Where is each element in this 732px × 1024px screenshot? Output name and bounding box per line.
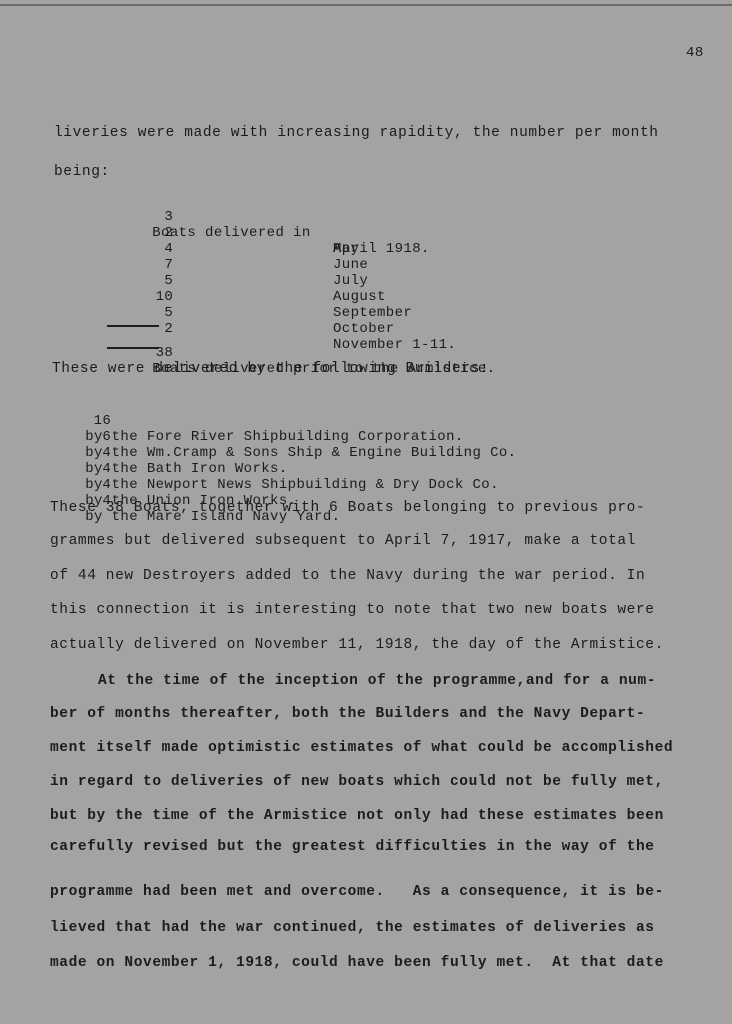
delivery-month: May: [333, 241, 359, 257]
paragraph-line: in regard to deliveries of new boats whi…: [50, 774, 664, 790]
paragraph-line: ber of months thereafter, both the Build…: [50, 706, 645, 722]
paragraph-line: lieved that had the war continued, the e…: [50, 920, 655, 936]
builders-intro: These were delivered by the following Bu…: [52, 361, 489, 377]
paragraph-line: ment itself made optimistic estimates of…: [50, 740, 673, 756]
delivery-month: August: [333, 289, 386, 305]
page-top-edge: [0, 4, 732, 6]
page-number: 48: [686, 45, 704, 61]
total-rule-top: [107, 325, 159, 327]
delivery-label: Boats delivered in: [152, 225, 310, 241]
paragraph-line: this connection it is interesting to not…: [50, 602, 655, 618]
intro-line-1: liveries were made with increasing rapid…: [54, 125, 659, 141]
paragraph-line: but by the time of the Armistice not onl…: [50, 808, 664, 824]
paragraph-line: carefully revised but the greatest diffi…: [50, 839, 655, 855]
paragraph-line: These 38 Boats, together with 6 Boats be…: [50, 500, 645, 516]
intro-line-2: being:: [54, 164, 110, 180]
paragraph-line: grammes but delivered subsequent to Apri…: [50, 533, 636, 549]
paragraph-line: programme had been met and overcome. As …: [50, 884, 664, 900]
total-rule-bottom: [107, 347, 159, 349]
paragraph-line: actually delivered on November 11, 1918,…: [50, 637, 664, 653]
paragraph-line: made on November 1, 1918, could have bee…: [50, 955, 664, 971]
delivery-month: September: [333, 305, 412, 321]
delivery-month: June: [333, 257, 368, 273]
delivery-month: July: [333, 273, 368, 289]
paragraph-line: of 44 new Destroyers added to the Navy d…: [50, 568, 645, 584]
paragraph-line: At the time of the inception of the prog…: [98, 673, 656, 689]
